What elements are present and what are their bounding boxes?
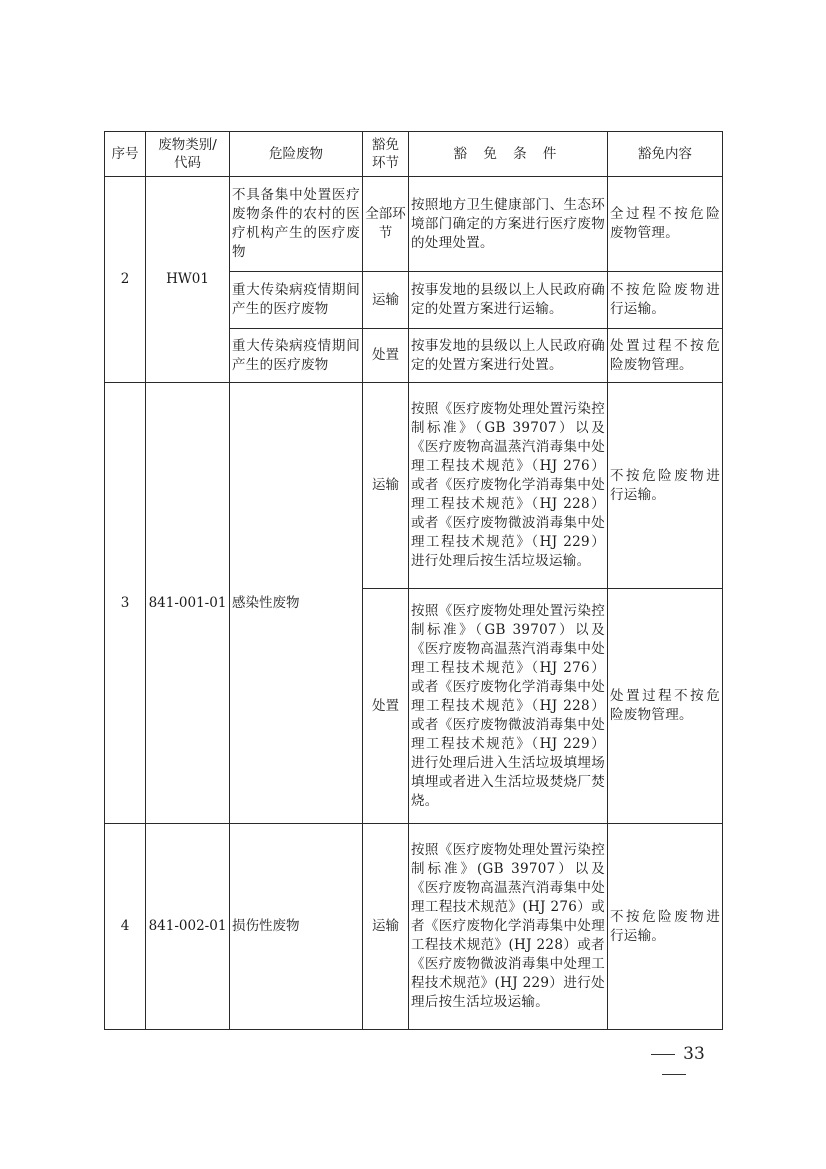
header-category-line1: 废物类别/ <box>148 136 227 154</box>
cell-condition: 按照《医疗废物处理处置污染控制标准》（GB 39707）以及《医疗废物高温蒸汽消… <box>409 589 608 824</box>
cell-seq: 4 <box>105 824 146 1030</box>
header-category-line2: 代码 <box>148 154 227 172</box>
cell-condition: 按照地方卫生健康部门、生态环境部门确定的方案进行医疗废物的处理处置。 <box>409 177 608 272</box>
cell-content: 不按危险废物进行运输。 <box>608 272 723 329</box>
cell-waste: 重大传染病疫情期间产生的医疗废物 <box>230 272 363 329</box>
cell-code: 841-001-01 <box>146 383 230 824</box>
cell-code: HW01 <box>146 177 230 383</box>
cell-waste: 损伤性废物 <box>230 824 363 1030</box>
cell-code: 841-002-01 <box>146 824 230 1030</box>
cell-condition: 按事发地的县级以上人民政府确定的处置方案进行运输。 <box>409 272 608 329</box>
table-header-row: 序号 废物类别/ 代码 危险废物 豁免 环节 豁 免 条 件 豁免内容 <box>105 132 723 177</box>
cell-seq: 2 <box>105 177 146 383</box>
cell-waste: 感染性废物 <box>230 383 363 824</box>
header-content: 豁免内容 <box>608 132 723 177</box>
table-row: 4 841-002-01 损伤性废物 运输 按照《医疗废物处理处置污染控制标准》… <box>105 824 723 1030</box>
cell-condition: 按事发地的县级以上人民政府确定的处置方案进行处置。 <box>409 329 608 383</box>
header-category: 废物类别/ 代码 <box>146 132 230 177</box>
cell-seq: 3 <box>105 383 146 824</box>
cell-waste: 不具备集中处置医疗废物条件的农村的医疗机构产生的医疗废物 <box>230 177 363 272</box>
table-row: 3 841-001-01 感染性废物 运输 按照《医疗废物处理处置污染控制标准》… <box>105 383 723 589</box>
cell-condition: 按照《医疗废物处理处置污染控制标准》(GB 39707）以及《医疗废物高温蒸汽消… <box>409 824 608 1030</box>
cell-content: 全过程不按危险废物管理。 <box>608 177 723 272</box>
cell-stage: 处置 <box>363 589 409 824</box>
header-stage-line1: 豁免 <box>365 136 406 154</box>
header-waste: 危险废物 <box>230 132 363 177</box>
cell-condition: 按照《医疗废物处理处置污染控制标准》（GB 39707）以及《医疗废物高温蒸汽消… <box>409 383 608 589</box>
cell-content: 不按危险废物进行运输。 <box>608 824 723 1030</box>
cell-content: 不按危险废物进行运输。 <box>608 383 723 589</box>
header-stage-line2: 环节 <box>365 154 406 172</box>
cell-stage: 处置 <box>363 329 409 383</box>
cell-content: 处置过程不按危险废物管理。 <box>608 589 723 824</box>
header-stage: 豁免 环节 <box>363 132 409 177</box>
dash-right <box>662 1074 686 1075</box>
header-seq: 序号 <box>105 132 146 177</box>
exemption-table: 序号 废物类别/ 代码 危险废物 豁免 环节 豁 免 条 件 豁免内容 2 HW… <box>104 131 723 1030</box>
cell-stage: 运输 <box>363 272 409 329</box>
cell-stage: 全部环节 <box>363 177 409 272</box>
cell-content: 处置过程不按危险废物管理。 <box>608 329 723 383</box>
header-condition: 豁 免 条 件 <box>409 132 608 177</box>
dash-left <box>651 1054 675 1055</box>
page-number-text: 33 <box>683 1044 705 1064</box>
page-number: 33 <box>624 1044 724 1084</box>
table-row: 2 HW01 不具备集中处置医疗废物条件的农村的医疗机构产生的医疗废物 全部环节… <box>105 177 723 272</box>
cell-stage: 运输 <box>363 383 409 589</box>
cell-stage: 运输 <box>363 824 409 1030</box>
cell-waste: 重大传染病疫情期间产生的医疗废物 <box>230 329 363 383</box>
